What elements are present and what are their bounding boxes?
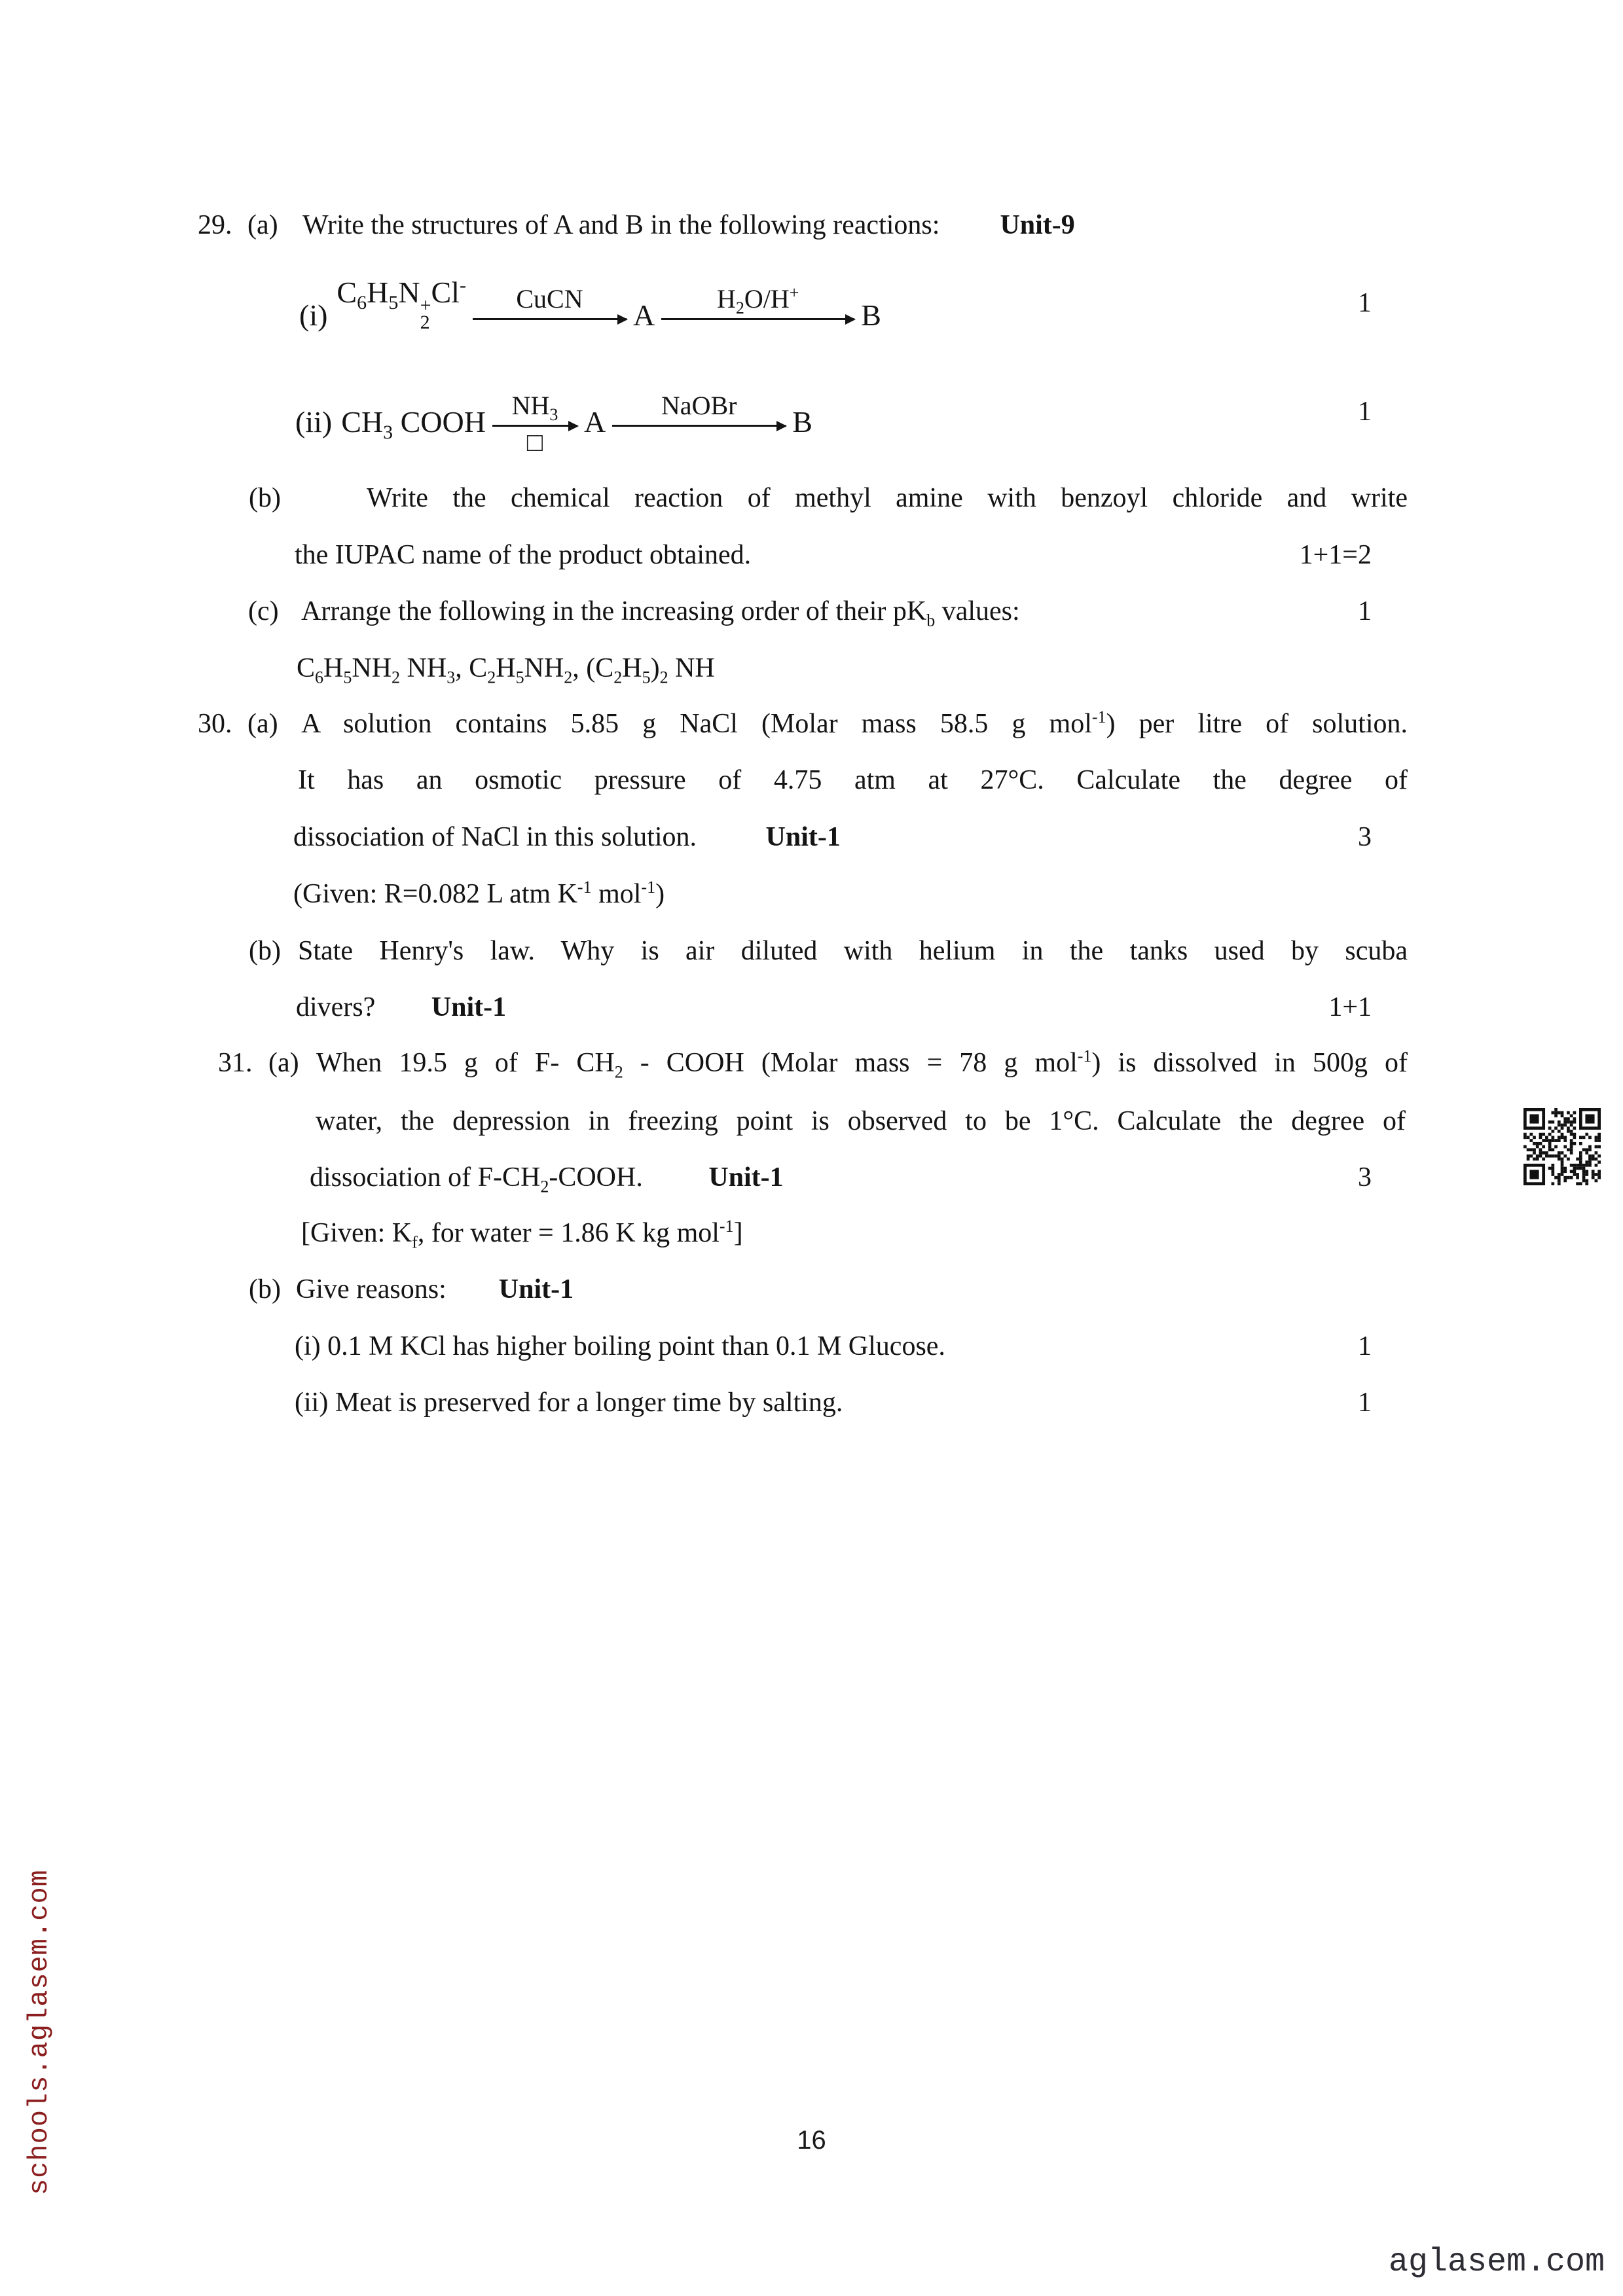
question-31a-line3: dissociation of F-CH2-COOH. Unit-1: [310, 1160, 784, 1195]
part-b-label: (b): [249, 481, 367, 516]
question-number: 29.: [198, 208, 247, 243]
part-b-label: (b): [249, 1272, 296, 1307]
question-text: Give reasons:: [296, 1272, 447, 1307]
acetic-acid-formula: CH3 COOH: [341, 407, 486, 437]
reaction-arrow: CuCN: [473, 285, 627, 331]
arrow-shaft: [661, 318, 854, 320]
reagent-label: NaOBr: [661, 392, 737, 425]
marks: 1: [1358, 286, 1372, 321]
question-number: 30.: [198, 707, 247, 742]
marks: 1+1=2: [1300, 538, 1372, 573]
unit-tag: Unit-1: [766, 820, 841, 855]
item-i-label: (i): [295, 1331, 321, 1361]
question-31a-line1: 31. (a) When 19.5 g of F- CH2 - COOH (Mo…: [218, 1046, 1408, 1081]
item-ii-label: (ii): [295, 407, 332, 437]
question-text: Write the structures of A and B in the f…: [302, 208, 939, 243]
marks: 1: [1358, 1329, 1372, 1364]
marks: 1+1: [1328, 990, 1372, 1025]
question-30a-line2: It has an osmotic pressure of 4.75 atm a…: [298, 763, 1408, 798]
arrow-shaft: [492, 425, 577, 427]
unit-tag: Unit-1: [499, 1272, 574, 1307]
diazonium-salt-formula: C6H5N+2Cl-: [337, 278, 466, 331]
reagent-label: NH3: [512, 392, 558, 425]
arrow-shaft: [473, 318, 627, 320]
question-30a-line3: dissociation of NaCl in this solution. U…: [293, 820, 841, 855]
question-text: Arrange the following in the increasing …: [301, 594, 1020, 629]
marks: 3: [1358, 1160, 1372, 1195]
question-30a-given: (Given: R=0.082 L atm K-1 mol-1): [293, 877, 665, 912]
question-29-header: 29. (a) Write the structures of A and B …: [198, 208, 1408, 243]
marks: 1: [1358, 594, 1372, 629]
unit-tag: Unit-9: [1000, 208, 1074, 243]
intermediate-a: A: [633, 300, 655, 331]
question-number: 31.: [218, 1046, 268, 1081]
charge-stack: +2: [420, 297, 431, 331]
unit-tag: Unit-1: [431, 990, 506, 1025]
question-30b-line1: (b) State Henry's law. Why is air dilute…: [249, 934, 1408, 969]
question-30a-line1: 30. (a) A solution contains 5.85 g NaCl …: [198, 707, 1408, 742]
site-footer: aglasem.com: [1389, 2244, 1605, 2281]
qr-code: [1523, 1108, 1601, 1185]
reaction-i: (i) C6H5N+2Cl- CuCN A H2O/H+ B: [299, 265, 881, 331]
part-c-label: (c): [248, 594, 301, 629]
question-29b-line1: (b) Write the chemical reaction of methy…: [249, 481, 1408, 516]
intermediate-a: A: [584, 407, 606, 437]
part-a-label: (a): [247, 707, 301, 742]
marks: 3: [1358, 820, 1372, 855]
reagent-label: CuCN: [516, 285, 583, 318]
item-i-label: (i): [299, 300, 327, 331]
question-29b-line2: the IUPAC name of the product obtained.: [295, 538, 751, 573]
question-text: When 19.5 g of F- CH2 - COOH (Molar mass…: [316, 1046, 1408, 1081]
question-text: Write the chemical reaction of methyl am…: [367, 481, 1408, 516]
question-31a-given: [Given: Kf, for water = 1.86 K kg mol-1]: [301, 1216, 743, 1251]
reaction-arrow: H2O/H+: [661, 285, 854, 331]
unit-tag: Unit-1: [708, 1160, 783, 1195]
question-text: Meat is preserved for a longer time by s…: [335, 1388, 843, 1418]
amine-series-formula: C6H5NH2 NH3, C2H5NH2, (C2H5)2 NH: [297, 651, 715, 686]
question-31a-line2: water, the depression in freezing point …: [316, 1104, 1406, 1139]
reaction-ii: (ii) CH3 COOH NH3 □ A NaOBr B: [295, 372, 812, 437]
question-30b-line2: divers? Unit-1: [296, 990, 506, 1025]
part-a-label: (a): [268, 1046, 316, 1081]
reaction-arrow: NaOBr: [612, 392, 786, 437]
reagent-label: H2O/H+: [717, 285, 799, 318]
arrow-shaft: [612, 425, 786, 427]
exam-paper-page: 29. (a) Write the structures of A and B …: [0, 0, 1623, 2296]
marks: 1: [1358, 1386, 1372, 1420]
question-31b-item-i: (i) 0.1 M KCl has higher boiling point t…: [295, 1329, 945, 1364]
part-a-label: (a): [247, 208, 302, 243]
product-b: B: [792, 407, 812, 437]
page-number: 16: [0, 2126, 1623, 2155]
reaction-arrow: NH3 □: [492, 392, 577, 437]
question-31b-header: (b) Give reasons: Unit-1: [249, 1272, 574, 1307]
question-text: 0.1 M KCl has higher boiling point than …: [327, 1331, 945, 1361]
marks: 1: [1358, 395, 1372, 429]
item-ii-label: (ii): [295, 1388, 328, 1418]
heat-symbol-box: □: [527, 429, 543, 456]
question-31b-item-ii: (ii) Meat is preserved for a longer time…: [295, 1386, 843, 1420]
question-text: State Henry's law. Why is air diluted wi…: [298, 934, 1408, 969]
question-text: A solution contains 5.85 g NaCl (Molar m…: [301, 707, 1408, 742]
question-text: dissociation of F-CH2-COOH.: [310, 1162, 643, 1193]
product-b: B: [861, 300, 881, 331]
part-b-label: (b): [249, 934, 298, 969]
question-29c-line: (c) Arrange the following in the increas…: [248, 594, 1020, 629]
